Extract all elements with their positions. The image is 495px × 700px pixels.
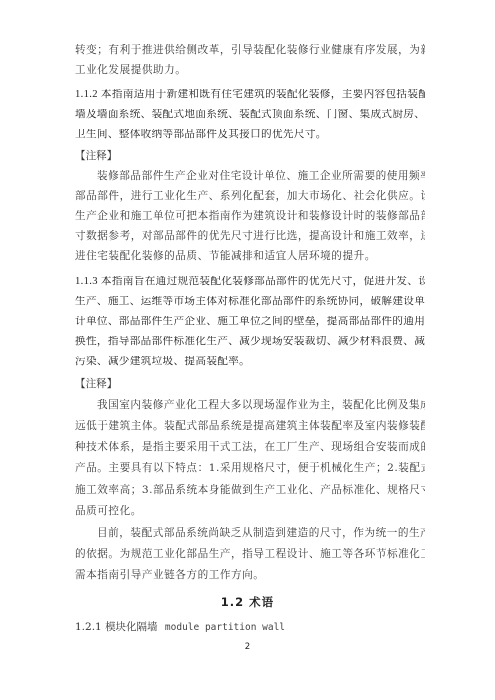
clause-1-1-3-line: 换性，指导部品部件标准化生产、减少现场安装裁切、减少材料浪费、减少粉尘: [75, 336, 425, 348]
term-english: module partition wall: [165, 622, 285, 633]
clause-1-1-2-line: 1.1.2 本指南适用于新建和既有住宅建筑的装配化装修，主要内容包括装配式隔: [75, 89, 425, 101]
note-body-line: 进住宅装配化装修的品质、节能减排和适宜人居环境的提升。: [75, 250, 425, 262]
page-number: 2: [0, 642, 495, 652]
note-label: 【注释】: [75, 148, 117, 163]
text-line: 转变；有利于推进供给侧改革，引导装配化装修行业健康有序发展，为新型建筑: [75, 44, 425, 56]
text-line: 工业化发展提供助力。: [75, 64, 425, 76]
clause-1-1-2-line: 卫生间、整体收纳等部品部件及其接口的优先尺寸。: [75, 129, 425, 141]
note-body-line: 品质可控化。: [75, 505, 425, 517]
note-body-line: 产品。主要具有以下特点：1.采用规格尺寸，便于机械化生产；2.装配式安装，: [75, 462, 425, 474]
clause-1-1-3-line: 计单位、部品部件生产企业、施工单位之间的壁垒，提高部品部件的通用性和互: [75, 316, 425, 328]
note-body-line: 施工效率高；3.部品系统本身能做到生产工业化、产品标准化、规格尺寸模数化、: [75, 484, 425, 496]
note-body-line: 装修部品部件生产企业对住宅设计单位、施工企业所需要的使用频率较高的: [97, 170, 425, 182]
term-number: 1.2.1: [75, 621, 102, 633]
note-body-line: 生产企业和施工单位可把本指南作为建筑设计和装修设计时的装修部品部件尺: [75, 210, 425, 222]
clause-1-1-3-line: 1.1.3 本指南旨在通过规范装配化装修部品部件的优先尺寸，促进开发、设计、: [75, 276, 425, 288]
note-body-line: 寸数据参考，对部品部件的优先尺寸进行比选，提高设计和施工效率，进一步推: [75, 230, 425, 242]
clause-1-1-3-line: 生产、施工、运维等市场主体对标准化部品部件的系统协同，破解建设单位、设: [75, 296, 425, 308]
clause-1-1-3-line: 污染、减少建筑垃圾、提高装配率。: [75, 356, 425, 368]
note-body-line: 的依据。为规范工业化部品生产，指导工程设计、施工等各环节标准化工作，急: [75, 548, 425, 560]
note-body-line: 我国室内装修产业化工程大多以现场湿作业为主，装配化比例及集成化程度: [97, 399, 425, 411]
term-entry: 1.2.1 模块化隔墙 module partition wall: [75, 619, 285, 634]
note-body-line: 远低于建筑主体。装配式部品系统是提高建筑主体装配率及室内装修装配率的一: [75, 420, 425, 432]
clause-1-1-2-line: 墙及墙面系统、装配式地面系统、装配式顶面系统、门窗、集成式厨房、装配式: [75, 109, 425, 121]
note-body-line: 部品部件，进行工业化生产、系列化配套，加大市场化、社会化供应。设计单位、: [75, 190, 425, 202]
term-chinese: 模块化隔墙: [105, 621, 158, 633]
note-label: 【注释】: [75, 376, 117, 391]
note-body-line: 需本指南引导产业链各方的工作方向。: [75, 569, 425, 581]
document-page: 转变；有利于推进供给侧改革，引导装配化装修行业健康有序发展，为新型建筑 工业化发…: [0, 0, 495, 700]
note-body-line: 目前，装配式部品系统尚缺乏从制造到建造的尺寸，作为统一的生产、安装: [97, 527, 425, 539]
section-heading: 1.2 术语: [0, 594, 495, 610]
note-body-line: 种技术体系，是指主要采用干式工法，在工厂生产、现场组合安装而成的集成化: [75, 441, 425, 453]
